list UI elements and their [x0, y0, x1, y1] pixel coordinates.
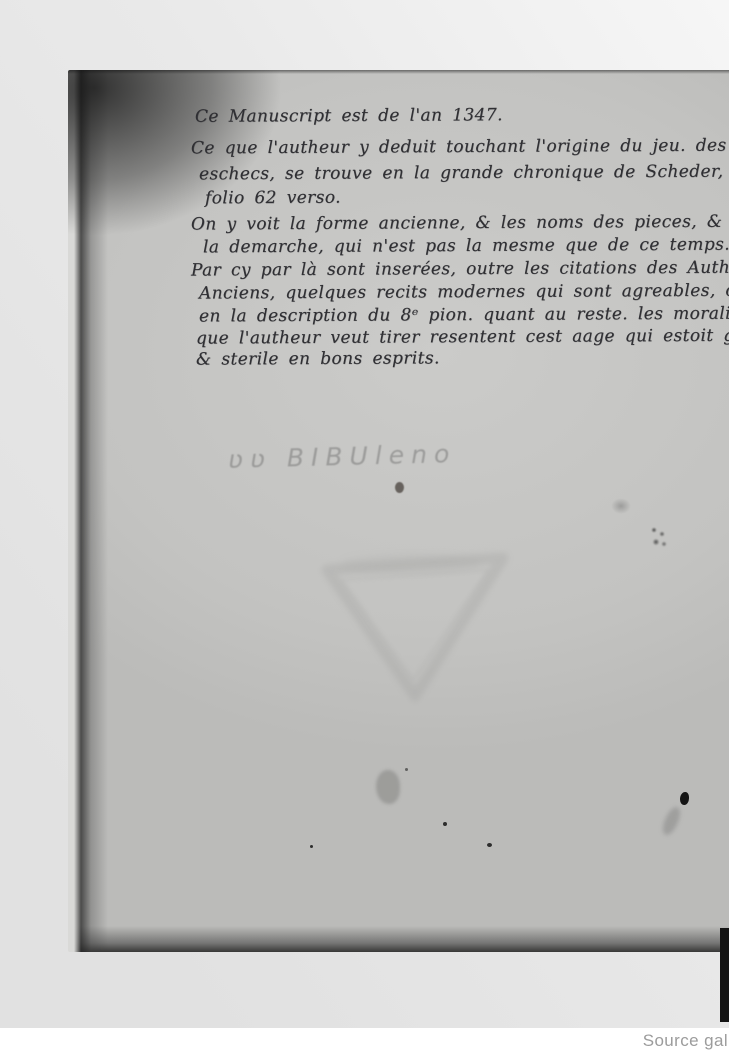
stamp-smudge-mark [648, 522, 670, 550]
scan-edge-strip [720, 928, 729, 1022]
manuscript-line: que l'autheur veut tirer resentent cest … [196, 327, 729, 347]
manuscript-line: Anciens, quelques recits modernes qui so… [199, 282, 729, 302]
ink-blot-mark [680, 792, 689, 805]
speck-mark [443, 822, 447, 826]
manuscript-line: eschecs, se trouve en la grande chroniqu… [199, 164, 724, 184]
speck-mark [310, 845, 313, 848]
manuscript-line: en la description du 8ᵉ pion. quant au r… [199, 306, 729, 326]
speck-mark [405, 768, 408, 771]
stain-mark [376, 770, 400, 804]
pencil-scribble: ʋʋ BIBUleno [228, 439, 457, 474]
manuscript-page: Ce Manuscript est de l'an 1347. Ce que l… [68, 70, 729, 952]
manuscript-line: & sterile en bons esprits. [196, 350, 440, 368]
photo-background: Ce Manuscript est de l'an 1347. Ce que l… [0, 0, 729, 1030]
speck-mark [487, 843, 492, 847]
manuscript-line: Par cy par là sont inserées, outre les c… [191, 259, 729, 279]
manuscript-line: Ce Manuscript est de l'an 1347. [195, 107, 503, 126]
manuscript-line: On y voit la forme ancienne, & les noms … [191, 213, 729, 233]
scribble-ink-dot [395, 482, 404, 493]
manuscript-line: Ce que l'autheur y deduit touchant l'ori… [191, 138, 727, 158]
ink-smear-mark [659, 805, 683, 838]
manuscript-line: folio 62 verso. [205, 190, 341, 208]
footer-bar: Source gal [0, 1028, 729, 1054]
faint-smudge-mark [611, 498, 631, 514]
triangle-watermark [311, 548, 521, 708]
source-credit: Source gal [643, 1031, 728, 1051]
manuscript-line: la demarche, qui n'est pas la mesme que … [203, 237, 729, 257]
